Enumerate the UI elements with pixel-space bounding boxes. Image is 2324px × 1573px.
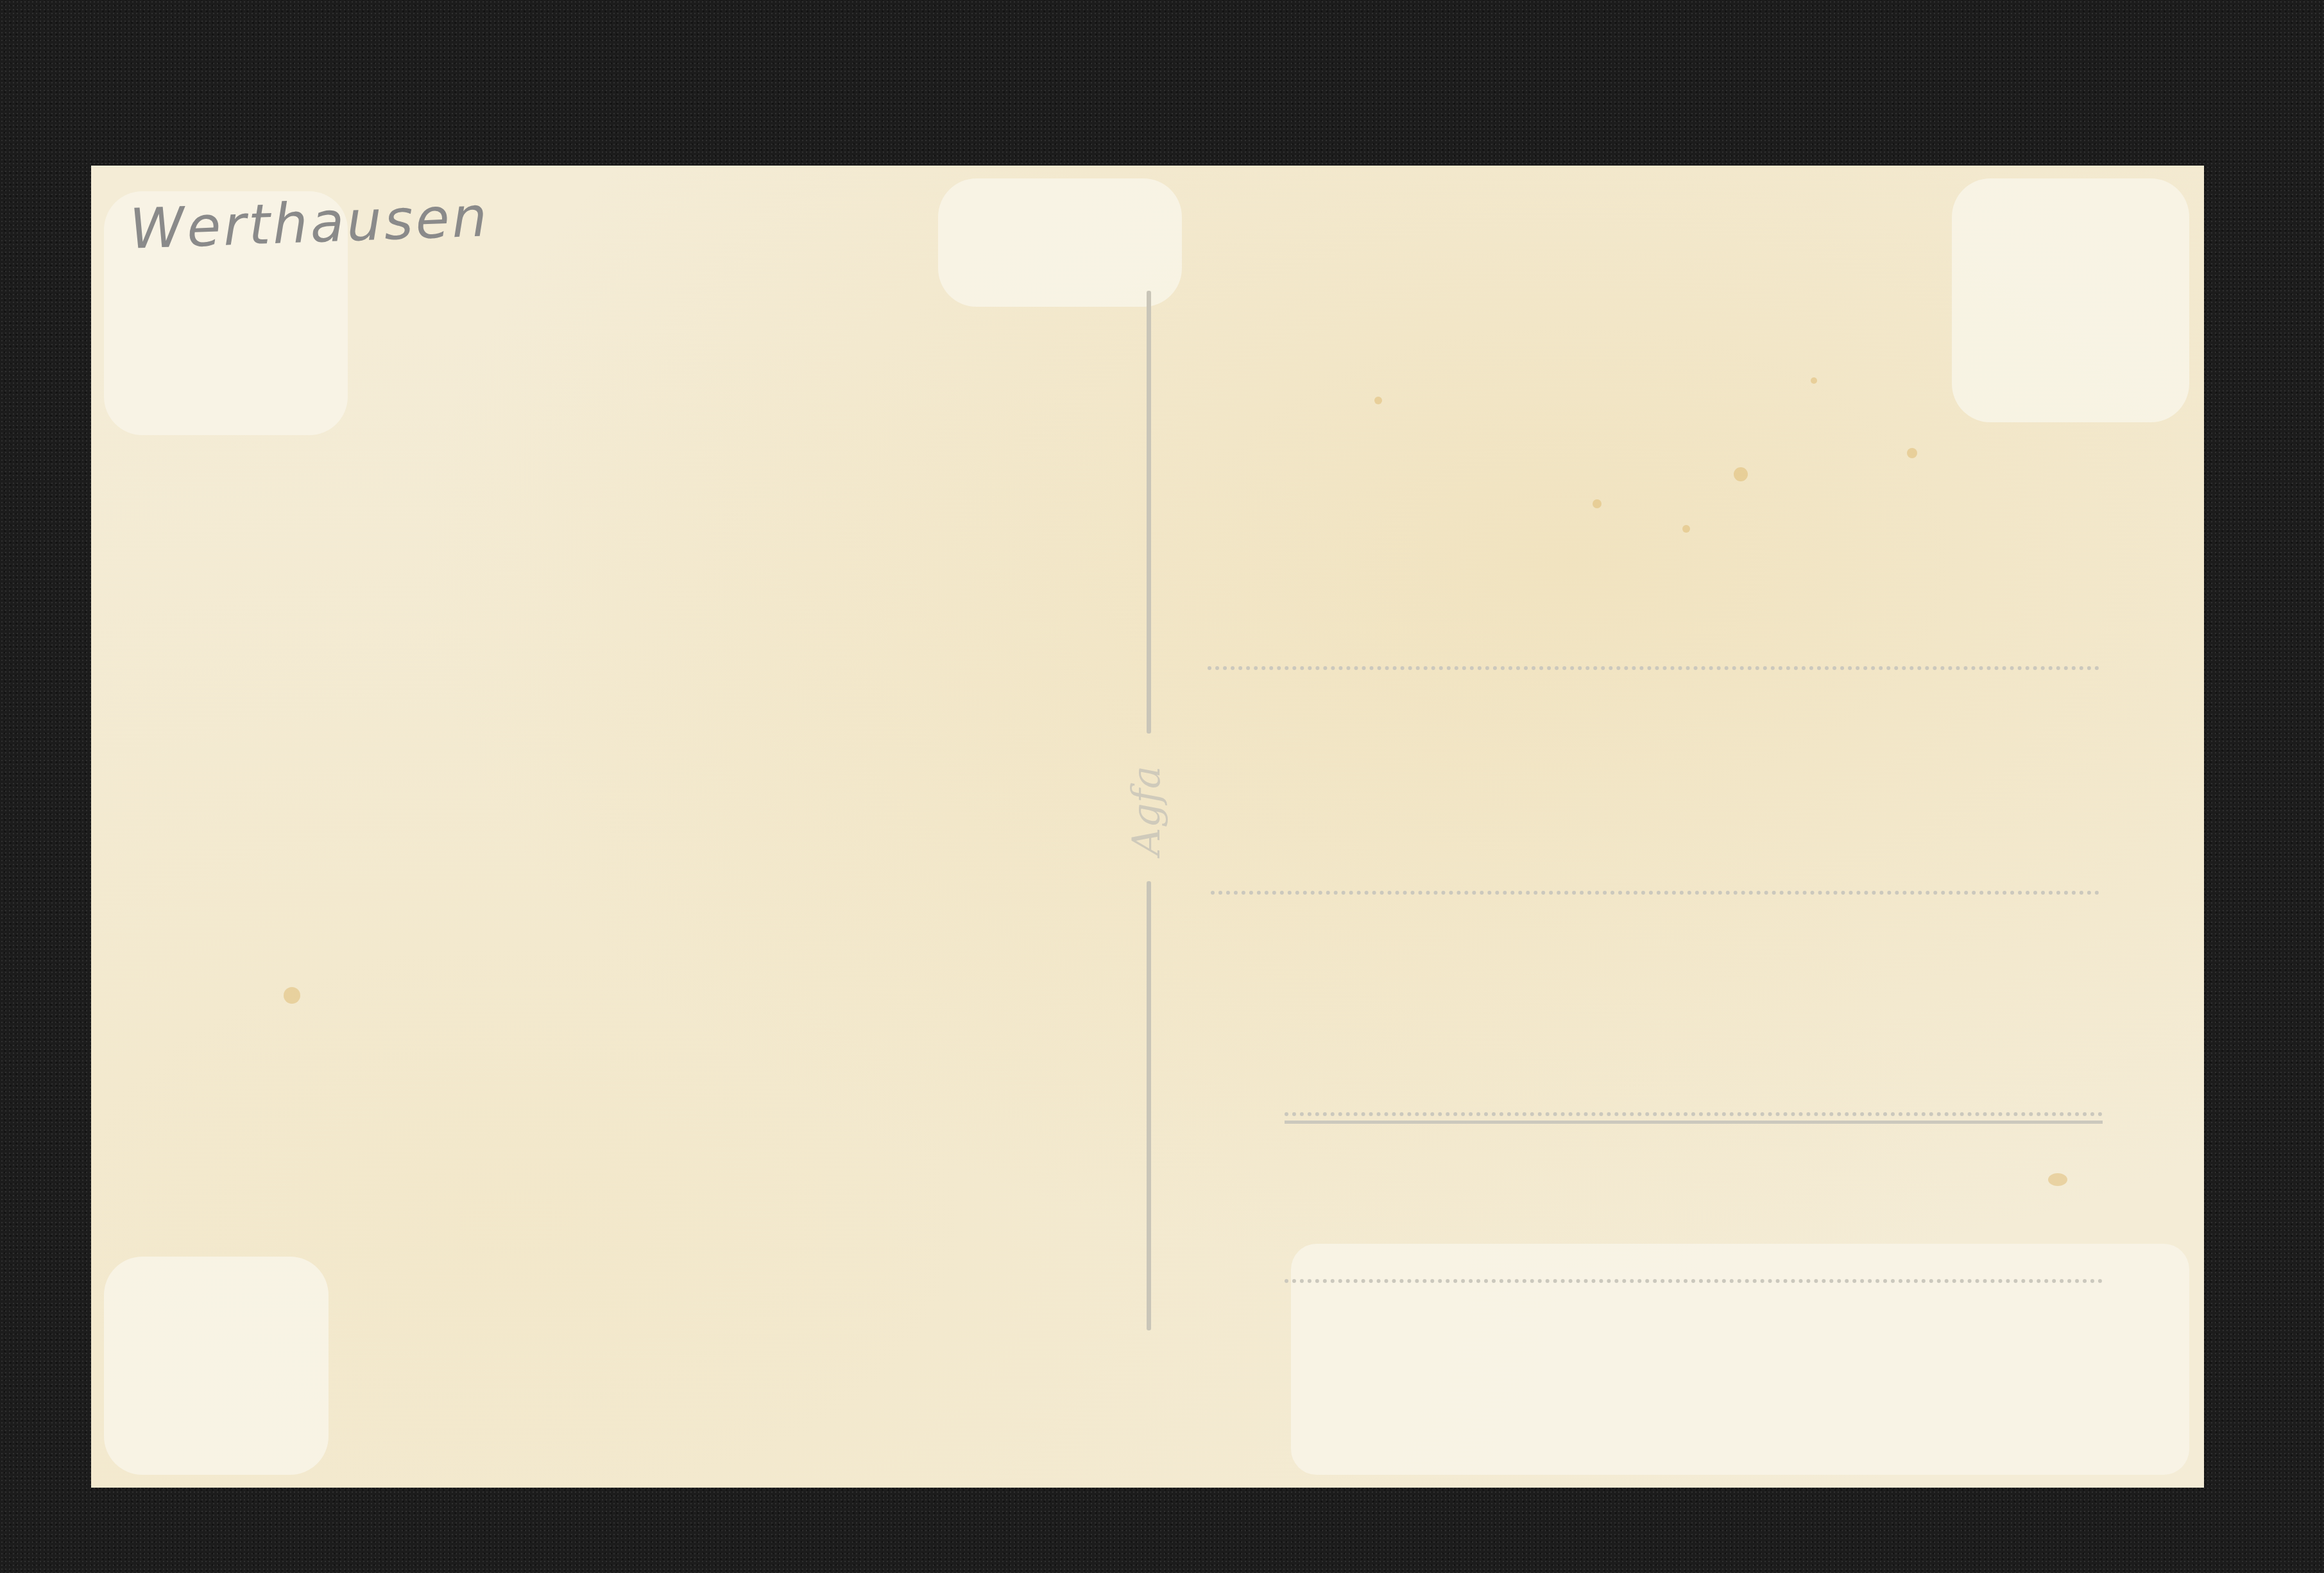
foxing-spot: [1811, 377, 1817, 384]
center-divider-line-top: [1147, 291, 1151, 734]
address-line-3: [1285, 1112, 2103, 1116]
foxing-spot: [1374, 397, 1382, 404]
address-line-4: [1285, 1279, 2103, 1283]
mount-corner-mark-top-center: [938, 178, 1182, 307]
agfa-logo: Agfa: [1124, 766, 1175, 855]
mount-corner-mark-bottom-right: [1291, 1244, 2189, 1475]
foxing-spot: [2048, 1173, 2067, 1186]
mount-corner-mark-bottom-left: [104, 1257, 329, 1475]
address-line-1: [1208, 666, 2099, 670]
foxing-spot: [284, 987, 300, 1004]
foxing-spot: [1734, 467, 1748, 481]
handwritten-location-note: Werthausen: [128, 185, 490, 262]
foxing-spot: [1682, 525, 1690, 533]
mount-corner-mark-top-right: [1952, 178, 2189, 422]
foxing-spot: [1593, 499, 1602, 508]
foxing-spot: [1907, 448, 1917, 458]
postcard-back: Werthausen Agfa: [91, 166, 2204, 1488]
address-line-2: [1211, 891, 2099, 895]
center-divider-line-bottom: [1147, 881, 1151, 1330]
address-line-3-underline: [1285, 1121, 2103, 1124]
